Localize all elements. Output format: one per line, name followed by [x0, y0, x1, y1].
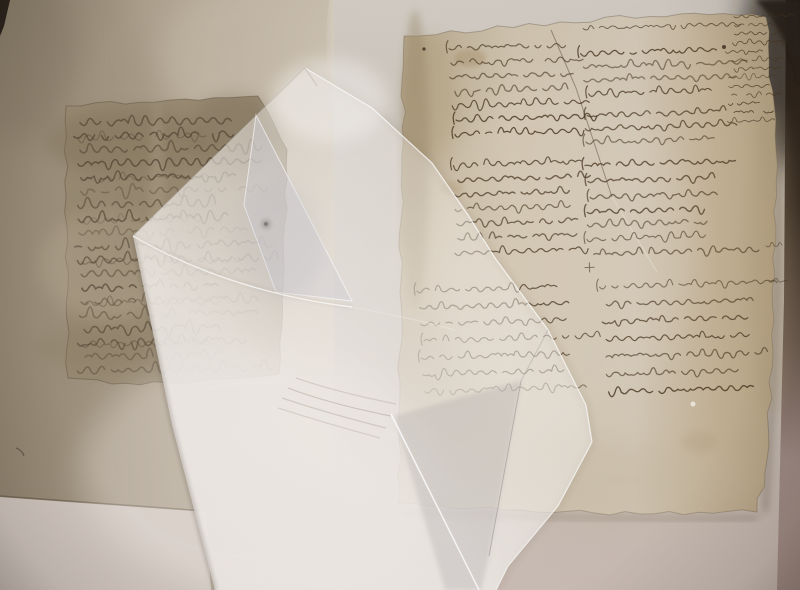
photo-vignette	[0, 0, 800, 590]
photograph-open-facsimile-book	[0, 0, 800, 590]
scene-canvas	[0, 0, 800, 590]
vignette-overlay	[0, 0, 800, 590]
